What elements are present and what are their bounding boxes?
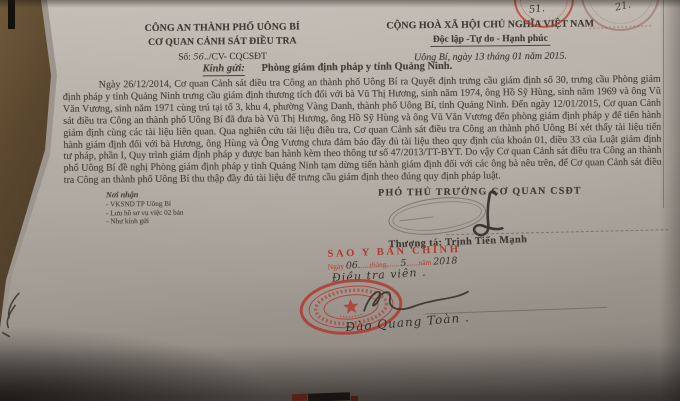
- paper-sheet: CÔNG AN THÀNH PHỐ UÔNG BÍ CƠ QUAN CẢNH S…: [0, 0, 680, 401]
- year-value-handwritten: 2018: [433, 256, 458, 268]
- dotted-leader: [386, 260, 398, 267]
- handwritten-number-left: 51.: [528, 3, 545, 16]
- recipients-block: Nơi nhận - VKSND TP Uông Bí - Lưu hồ sơ …: [106, 191, 184, 227]
- document-number-handwritten: 56: [193, 52, 204, 62]
- issuer-name: CÔNG AN THÀNH PHỐ UÔNG BÍ: [96, 21, 348, 35]
- bottom-page-peek-red-small: [351, 396, 358, 401]
- dark-edge-sliver: [8, 0, 15, 29]
- right-page-edge-line: [663, 0, 664, 208]
- bottom-page-peek-dark: [308, 392, 350, 401]
- document-content: CÔNG AN THÀNH PHỐ UÔNG BÍ CƠ QUAN CẢNH S…: [0, 0, 680, 401]
- salutation-label: Kính gửi:: [203, 63, 245, 76]
- agency-name: CƠ QUAN CẢNH SÁT ĐIỀU TRA: [96, 35, 348, 49]
- dotted-leader: [406, 259, 418, 266]
- issuing-agency-block: CÔNG AN THÀNH PHỐ UÔNG BÍ CƠ QUAN CẢNH S…: [96, 21, 348, 64]
- body-paragraph: Ngày 26/12/2014, Cơ quan Cảnh sát điều t…: [63, 74, 662, 187]
- photo-of-document: CÔNG AN THÀNH PHỐ UÔNG BÍ CƠ QUAN CẢNH S…: [0, 0, 680, 401]
- recipient-item: - Như kính gửi: [106, 217, 183, 227]
- dotted-leader: [358, 261, 370, 268]
- salutation-recipient: Phòng giám định pháp y tỉnh Quảng Ninh.: [261, 61, 452, 74]
- document-number-suffix: ../CV- CQCSĐT: [204, 52, 267, 63]
- independence-motto: Độc lập -Tự do - Hạnh phúc: [431, 33, 550, 47]
- signature-stroke-icon: [448, 190, 510, 239]
- document-number-label: Số:: [178, 53, 191, 63]
- bottom-page-peek-red: [292, 393, 307, 401]
